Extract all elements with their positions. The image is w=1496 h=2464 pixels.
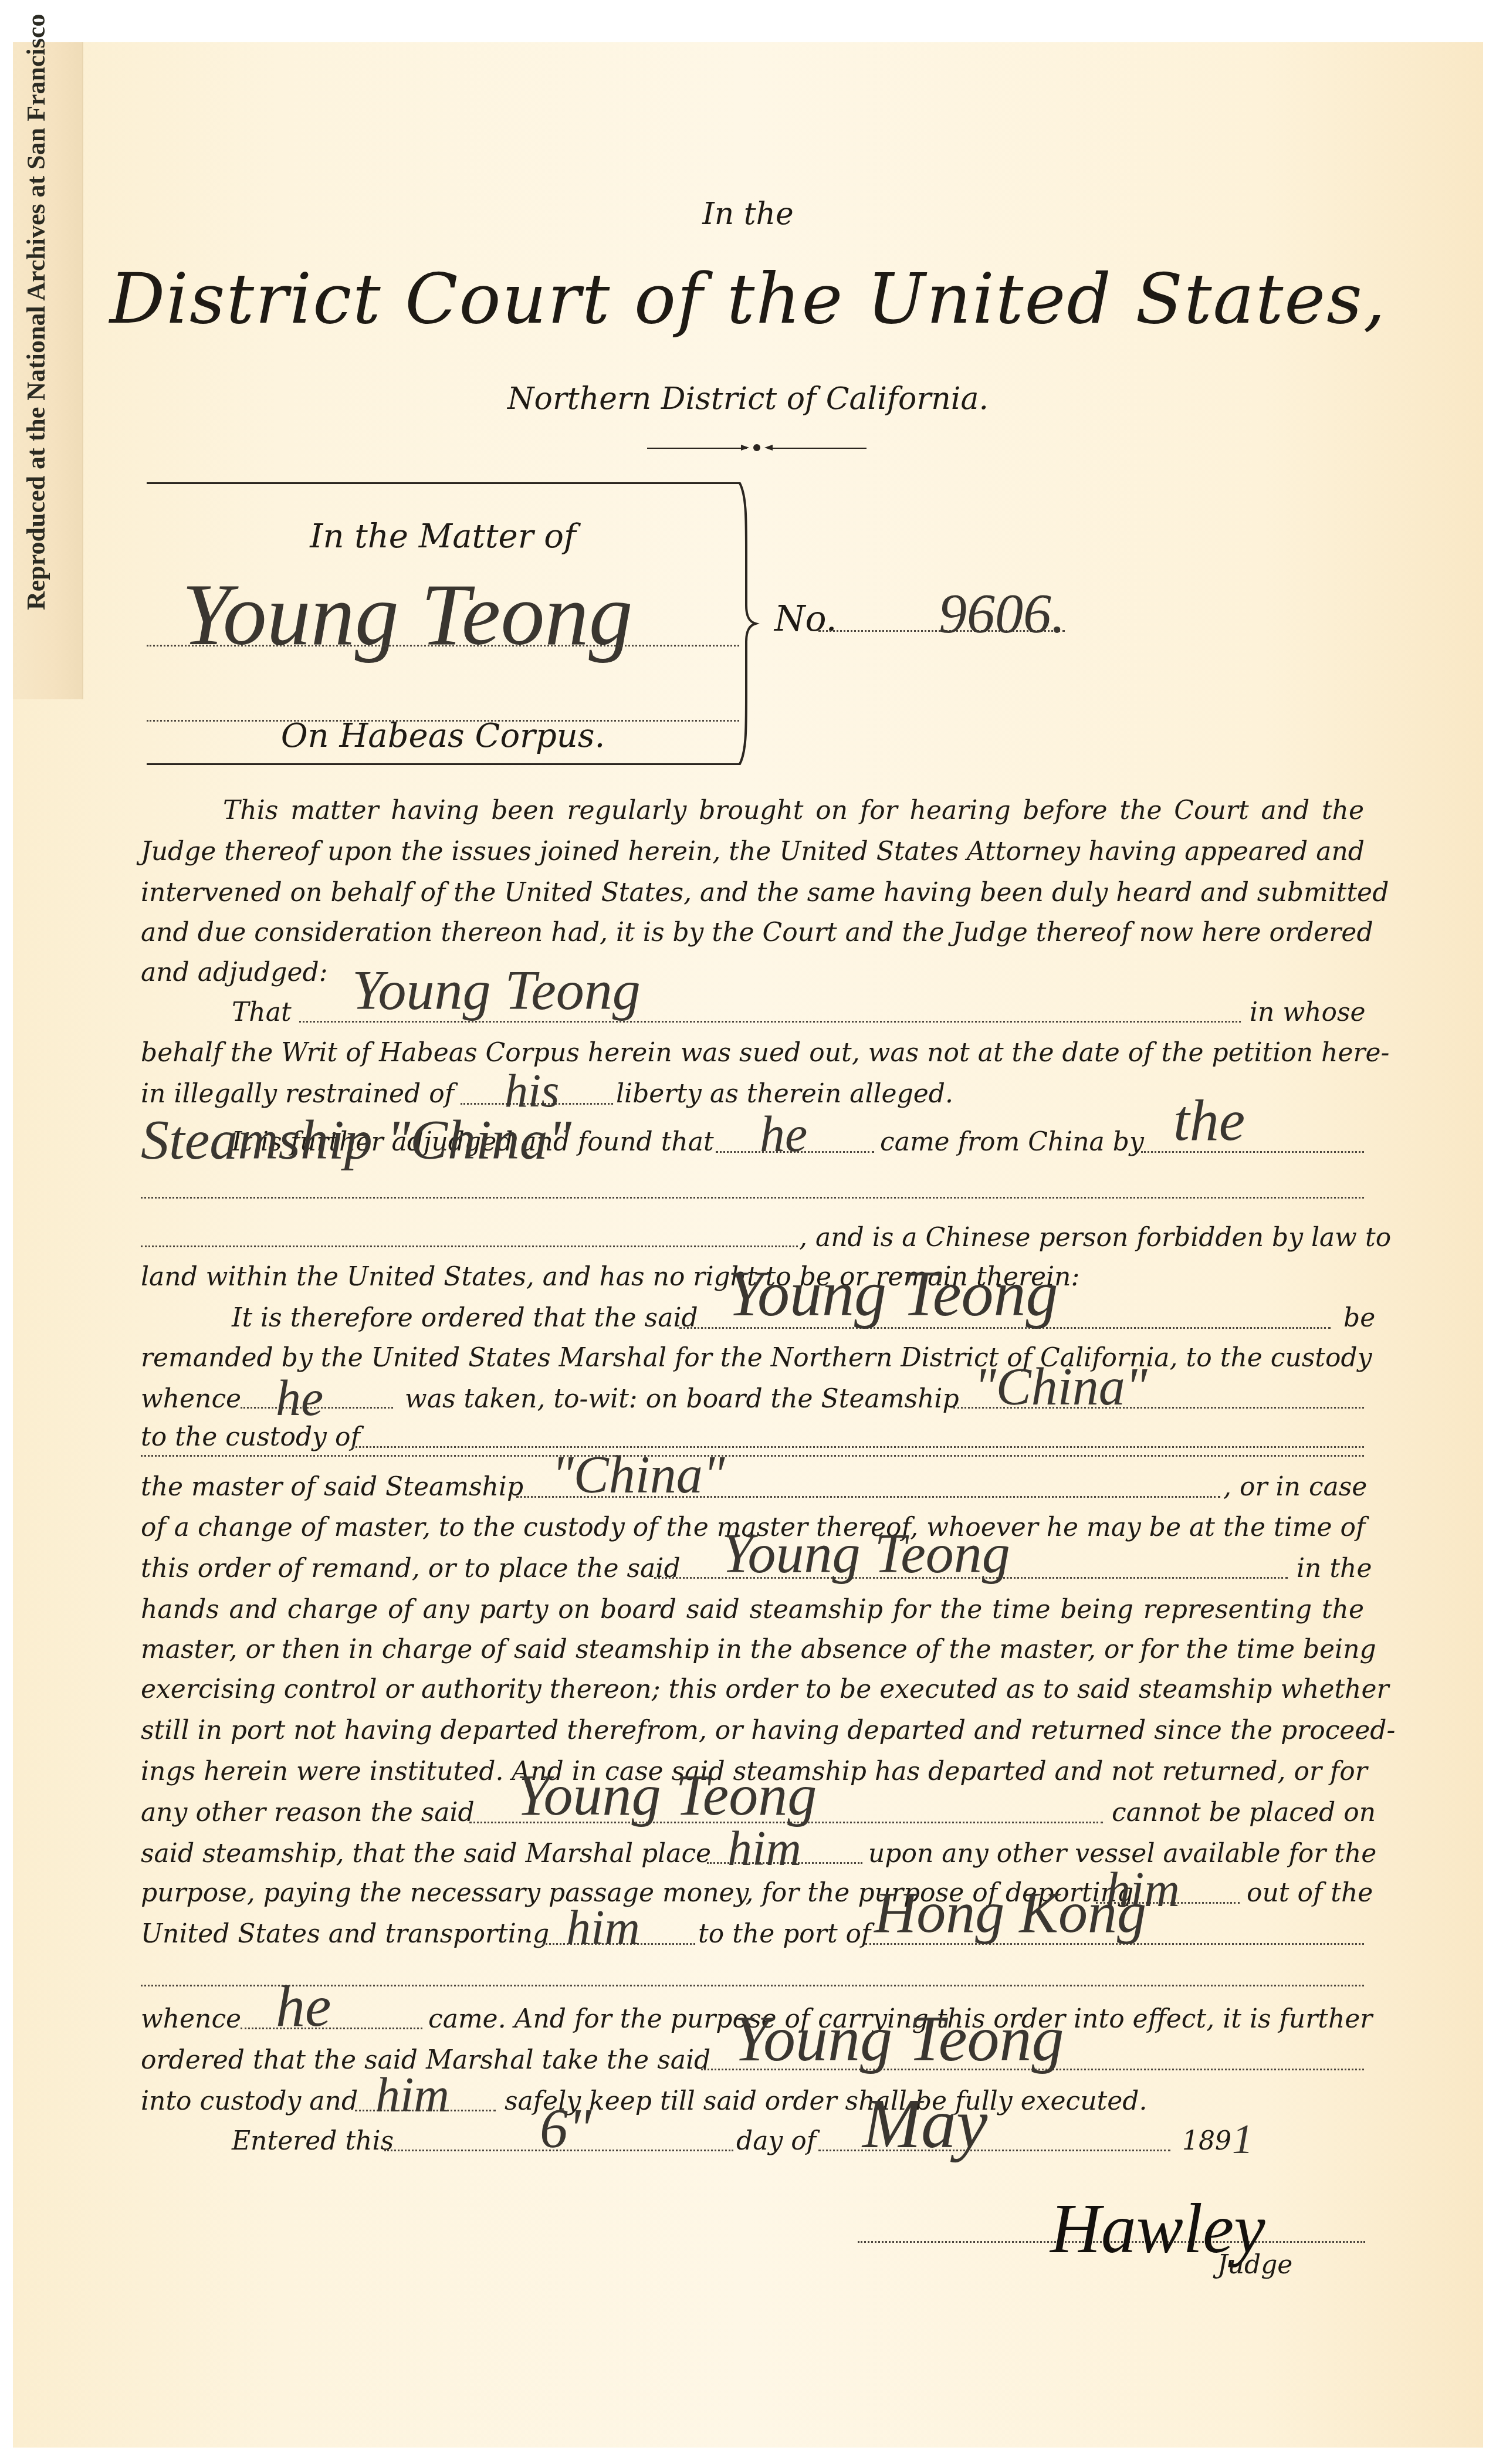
entered-label: Entered this [232,2128,394,2154]
case-number-label: No. [774,598,837,639]
body-text: whence [141,2006,241,2032]
handwritten-pronoun: his [505,1068,559,1115]
entered-month: May [862,2089,987,2159]
district-subtitle: Northern District of California. [0,381,1496,417]
handwritten-name: Young Teong [722,1525,1010,1582]
fill-line [352,1446,1364,1448]
body-line: master, or then in charge of said steams… [141,1637,1364,1663]
body-line: and adjudged: [141,960,1364,986]
body-text: United States and transporting [141,1921,549,1947]
body-text: safely keep till said order shall be ful… [505,2089,1147,2114]
case-caption: In the Matter of Young Teong On Habeas C… [147,482,739,765]
body-line: hands and charge of any party on board s… [141,1597,1364,1623]
judge-label: Judge [1217,2250,1292,2280]
handwritten-ship: "China" [974,1361,1148,1414]
body-text: whence [141,1386,241,1412]
entered-year-digit: 1 [1232,2118,1253,2160]
body-text: in illegally restrained of [141,1081,454,1107]
body-text: be [1343,1305,1375,1331]
handwritten-ship: "China" [551,1449,725,1502]
handwritten-name: Young Teong [733,2006,1064,2071]
body-line: Judge thereof upon the issues joined her… [141,839,1364,865]
body-text: in whose [1250,1000,1366,1025]
body-text: the master of said Steamship [141,1474,523,1500]
handwritten-name: Young Teong [727,1261,1058,1326]
body-text: any other reason the said [141,1800,475,1826]
body-text: into custody and [141,2089,358,2114]
fill-line [241,2028,422,2029]
body-text: , or in case [1223,1474,1364,1500]
that-label: That [232,1000,292,1025]
pre-title: In the [0,197,1496,232]
fill-line [141,1197,1364,1199]
body-text: to the port of [698,1921,871,1947]
body-line: behalf the Writ of Habeas Corpus herein … [141,1040,1364,1066]
body-text: liberty as therein alleged. [616,1081,953,1107]
handwritten-name: Young Teong [352,962,641,1018]
body-line: still in port not having departed theref… [141,1718,1364,1744]
body-text: , and is a Chinese person forbidden by l… [799,1225,1364,1251]
body-text: came from China by [880,1129,1144,1155]
body-text: It is therefore ordered that the said [232,1305,698,1331]
handwritten-pronoun: him [375,2071,449,2120]
entered-year-prefix: 189 [1182,2128,1231,2154]
proceeding-label: On Habeas Corpus. [147,717,739,755]
body-line: remanded by the United States Marshal fo… [141,1345,1364,1371]
in-matter-label: In the Matter of [147,517,739,556]
handwritten-ship: Steamship "China" [141,1112,571,1168]
body-text: this order of remand, or to place the sa… [141,1556,681,1582]
body-line: exercising control or authority thereon;… [141,1677,1364,1703]
body-line: and due consideration thereon had, it is… [141,920,1364,946]
handwritten-name: Young Teong [516,1766,817,1825]
body-line: This matter having been regularly brough… [223,798,1364,824]
body-text: to the custody of [141,1424,360,1450]
fill-line [141,1245,798,1247]
body-text: was taken, to-wit: on board the Steamshi… [405,1386,959,1412]
body-text: in the [1297,1556,1364,1582]
fill-line [141,1455,1364,1457]
handwritten-text: the [1173,1091,1245,1150]
handwritten-pronoun: he [760,1109,807,1159]
court-title: District Court of the United States, [0,258,1496,339]
handwritten-pronoun: him [566,1904,640,1953]
handwritten-pronoun: him [727,1825,801,1874]
body-text: cannot be placed on [1112,1800,1364,1826]
case-number: 9606. [939,581,1065,646]
body-line: intervened on behalf of the United State… [141,880,1364,906]
entered-day: 6" [540,2100,591,2157]
handwritten-port: Hong Kong [874,1883,1146,1942]
brace-icon [738,482,761,765]
handwritten-pronoun: he [276,1373,323,1423]
party-name: Young Teong [182,564,632,665]
ornament-divider-icon [647,446,867,450]
body-text: out of the [1247,1880,1364,1906]
body-text: said steamship, that the said Marshal pl… [141,1841,711,1867]
body-text: day of [736,2128,816,2154]
handwritten-pronoun: he [276,1977,331,2036]
